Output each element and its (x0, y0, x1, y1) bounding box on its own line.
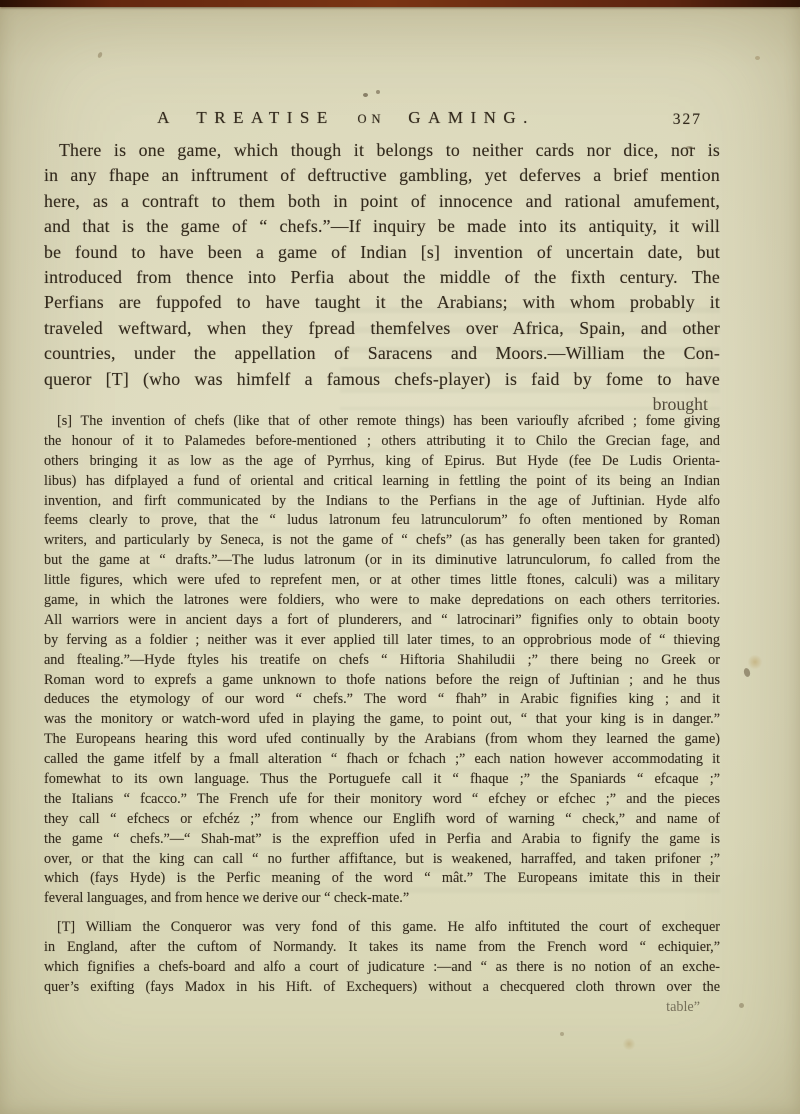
body-text-line: in any fhape an inftrument of deftructiv… (44, 163, 720, 188)
body-lines: There is one game, which though it belon… (44, 138, 720, 392)
footnote-t-text-line: quer’s exifting (fays Madox in his Hift.… (44, 978, 720, 998)
title-part-on: ON (357, 112, 385, 126)
footnote-s-text-line: others bringing it as low as the age of … (44, 452, 720, 472)
footnote-s-text-line: the Italians “ fcacco.” The French ufe f… (44, 790, 720, 810)
footnote-s-text-line: over, or that the king can call “ no fur… (44, 850, 720, 870)
footnote-s-text-line: the honour of it to Palamedes before-men… (44, 432, 720, 452)
footnote-s-text-line: and ftealing.”—Hyde ftyles his treatife … (44, 651, 720, 671)
footnote-s-text-line: they call “ efchecs or efchéz ;” from wh… (44, 810, 720, 830)
footnote-s-text-line: called the game itfelf by a fmall altera… (44, 750, 720, 770)
catchword-table: table” (44, 998, 720, 1018)
body-text-line: There is one game, which though it belon… (44, 138, 720, 163)
title-part-2: GAMING. (408, 108, 535, 127)
footnote-t-text-line: [T] William the Conqueror was very fond … (44, 918, 720, 938)
footnote-s-text-line: which (fays Hyde) is the Perfic meaning … (44, 869, 720, 889)
footnote-s-text-line: feveral languages, and from hence we der… (44, 889, 720, 909)
book-binding-edge (0, 0, 800, 7)
body-text-line: here, as a contraft to them both in poin… (44, 189, 720, 214)
paper-stain (97, 51, 103, 58)
footnote-s-text-line: fomewhat to its own language. Thus the P… (44, 770, 720, 790)
title-part-1: A TREATISE (157, 108, 335, 127)
body-text-line: traveled weftward, when they fpread them… (44, 316, 720, 341)
page-title: A TREATISE ON GAMING. (8, 108, 684, 128)
paper-stain (739, 1003, 744, 1008)
paper-stain (747, 655, 763, 669)
footnote-s: [s] The invention of chefs (like that of… (44, 412, 720, 909)
footnote-s-text-line: libus) has difplayed a fund of oriental … (44, 472, 720, 492)
running-head: A TREATISE ON GAMING. 327 (44, 108, 720, 128)
paper-stain (376, 90, 380, 94)
footnote-s-text-line: by ferving as a foldier ; neither was it… (44, 631, 720, 651)
paper-stain (755, 56, 760, 60)
footnote-s-text-line: feems clearly to prove, that the “ ludus… (44, 511, 720, 531)
page-number: 327 (673, 111, 702, 129)
body-text-line: queror [T] (who was himfelf a famous che… (44, 367, 720, 392)
footnote-s-text-line: was the monitory or watch-word ufed in p… (44, 710, 720, 730)
footnote-t-text-line: in England, after the cuftom of Normandy… (44, 938, 720, 958)
footnote-s-text-line: writers, and particularly by Seneca, is … (44, 531, 720, 551)
footnote-s-text-line: All warriors were in ancient days a fort… (44, 611, 720, 631)
paper-stain (560, 1032, 564, 1036)
footnote-s-text-line: but the game at “ drafts.”—The ludus lat… (44, 551, 720, 571)
body-text-line: and that is the game of “ chefs.”—If inq… (44, 214, 720, 239)
paper-stain (743, 667, 751, 677)
footnote-s-text-line: invention, and firft communicated by the… (44, 492, 720, 512)
body-text-line: be found to have been a game of Indian [… (44, 240, 720, 265)
footnotes: [s] The invention of chefs (like that of… (44, 412, 720, 1018)
footnote-s-text-line: [s] The invention of chefs (like that of… (44, 412, 720, 432)
footnote-s-text-line: Roman word to exprefs a game unknown to … (44, 671, 720, 691)
body-text-line: introduced from thence into Perfia about… (44, 265, 720, 290)
paper-stain (622, 1038, 636, 1050)
footnote-t-text-line: which fignifies a chefs-board and alfo a… (44, 958, 720, 978)
footnote-s-text-line: little figures, which were ufed to repre… (44, 571, 720, 591)
book-page-scan: A TREATISE ON GAMING. 327 There is one g… (0, 0, 800, 1114)
footnote-s-text-line: The Europeans hearing this word ufed con… (44, 730, 720, 750)
footnote-s-text-line: game, in which the latrones were foldier… (44, 591, 720, 611)
main-paragraph: There is one game, which though it belon… (44, 138, 720, 417)
footnote-t: [T] William the Conqueror was very fond … (44, 918, 720, 998)
paper-stain (363, 93, 368, 97)
footnote-s-text-line: deduces the etymology of our word “ chef… (44, 690, 720, 710)
footnote-s-text-line: the game “ chefs.”—“ Shah-mat” is the ex… (44, 830, 720, 850)
body-text-line: countries, under the appellation of Sara… (44, 341, 720, 366)
body-text-line: Perfians are fuppofed to have taught it … (44, 290, 720, 315)
